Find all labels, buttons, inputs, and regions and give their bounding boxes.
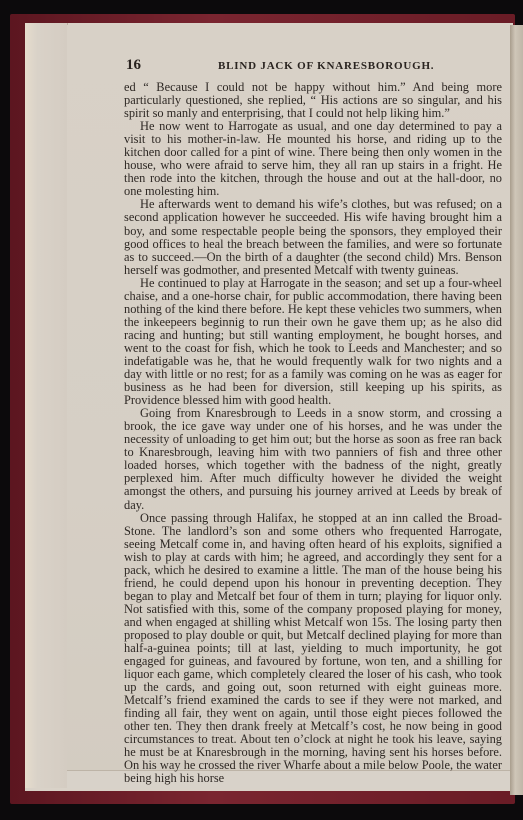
page-gutter-strip bbox=[25, 23, 68, 788]
paragraph: He now went to Harrogate as usual, and o… bbox=[124, 120, 502, 198]
paragraph: He afterwards went to demand his wife’s … bbox=[124, 198, 502, 276]
facing-page-edge bbox=[510, 25, 523, 795]
page-header: 16 BLIND JACK OF KNARESBOROUGH. bbox=[126, 57, 506, 77]
body-text: ed “ Because I could not be happy withou… bbox=[124, 81, 502, 786]
running-head: BLIND JACK OF KNARESBOROUGH. bbox=[218, 60, 434, 72]
paragraph: Going from Knaresbrough to Leeds in a sn… bbox=[124, 407, 502, 511]
paragraph: ed “ Because I could not be happy withou… bbox=[124, 81, 502, 120]
page-number: 16 bbox=[126, 57, 141, 74]
paragraph: Once passing through Halifax, he stopped… bbox=[124, 512, 502, 786]
paragraph: He continued to play at Harrogate in the… bbox=[124, 277, 502, 407]
